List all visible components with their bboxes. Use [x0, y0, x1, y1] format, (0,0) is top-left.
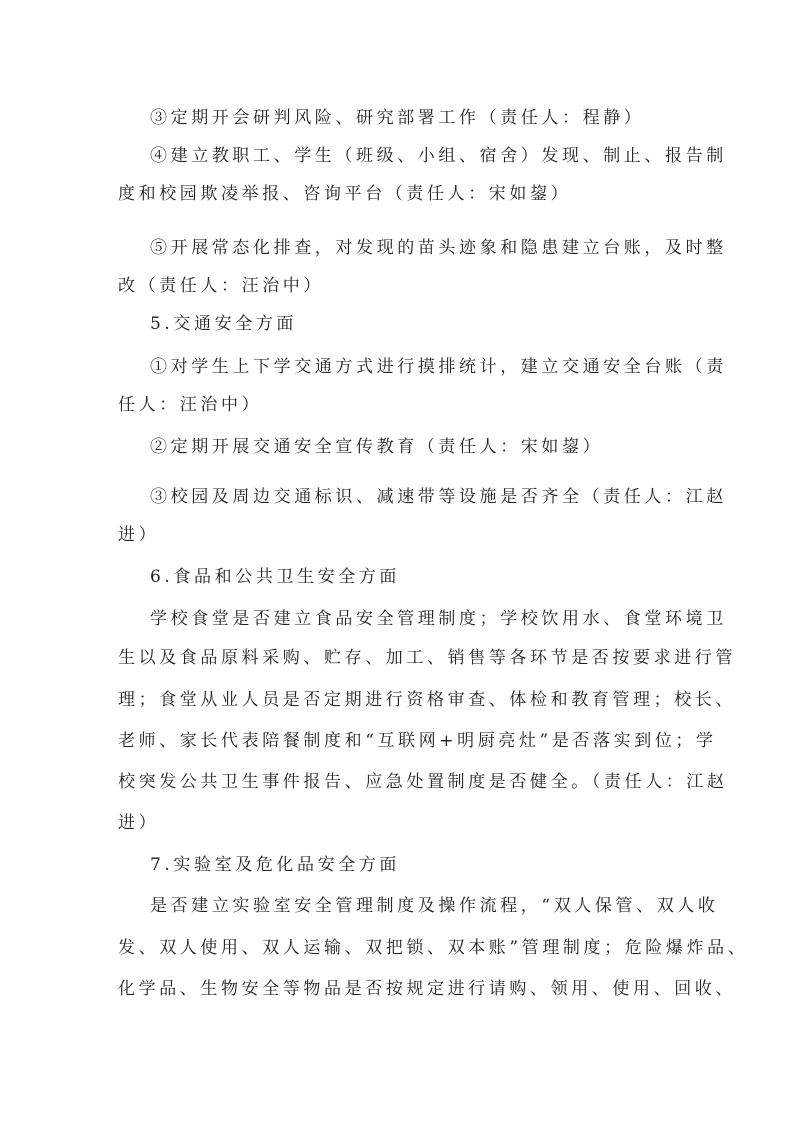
text-line: 发、双人使用、双人运输、双把锁、双本账”管理制度；危险爆炸品、	[118, 937, 748, 959]
text-line: ②定期开展交通安全宣传教育（责任人：宋如鋆）	[150, 436, 603, 458]
document-page: ③定期开会研判风险、研究部署工作（责任人：程静）④建立教职工、学生（班级、小组、…	[0, 0, 793, 1122]
text-line: ③校园及周边交通标识、减速带等设施是否齐全（责任人：江赵	[150, 486, 727, 508]
text-line: 生以及食品原料采购、贮存、加工、销售等各环节是否按要求进行管	[118, 647, 736, 669]
text-line: ④建立教职工、学生（班级、小组、宿舍）发现、制止、报告制	[150, 145, 727, 167]
text-line: 7.实验室及危化品安全方面	[150, 854, 400, 876]
text-line: 学校食堂是否建立食品安全管理制度；学校饮用水、食堂环境卫	[150, 608, 727, 630]
text-line: ①对学生上下学交通方式进行摸排统计，建立交通安全台账（责	[150, 356, 727, 378]
text-line: 化学品、生物安全等物品是否按规定进行请购、领用、使用、回收、	[118, 978, 736, 1000]
text-line: 5.交通安全方面	[150, 313, 297, 335]
text-line: 6.食品和公共卫生安全方面	[150, 566, 400, 588]
text-line: 是否建立实验室安全管理制度及操作流程，“双人保管、双人收	[150, 895, 719, 917]
text-line: 任人：汪治中）	[118, 394, 262, 416]
text-line: 改（责任人：汪治中）	[118, 275, 324, 297]
text-line: 度和校园欺凌举报、咨询平台（责任人：宋如鋆）	[118, 183, 571, 205]
text-line: 校突发公共卫生事件报告、应急处置制度是否健全。（责任人：江赵	[118, 771, 728, 793]
text-line: 老师、家长代表陪餐制度和“互联网+明厨亮灶”是否落实到位；学	[118, 730, 717, 752]
text-line: 理；食堂从业人员是否定期进行资格审查、体检和教育管理；校长、	[118, 689, 736, 711]
text-line: ⑤开展常态化排查，对发现的苗头迹象和隐患建立台账，及时整	[150, 237, 727, 259]
text-line: 进）	[118, 524, 159, 546]
text-line: 进）	[118, 812, 159, 834]
text-line: ③定期开会研判风险、研究部署工作（责任人：程静）	[150, 107, 644, 129]
